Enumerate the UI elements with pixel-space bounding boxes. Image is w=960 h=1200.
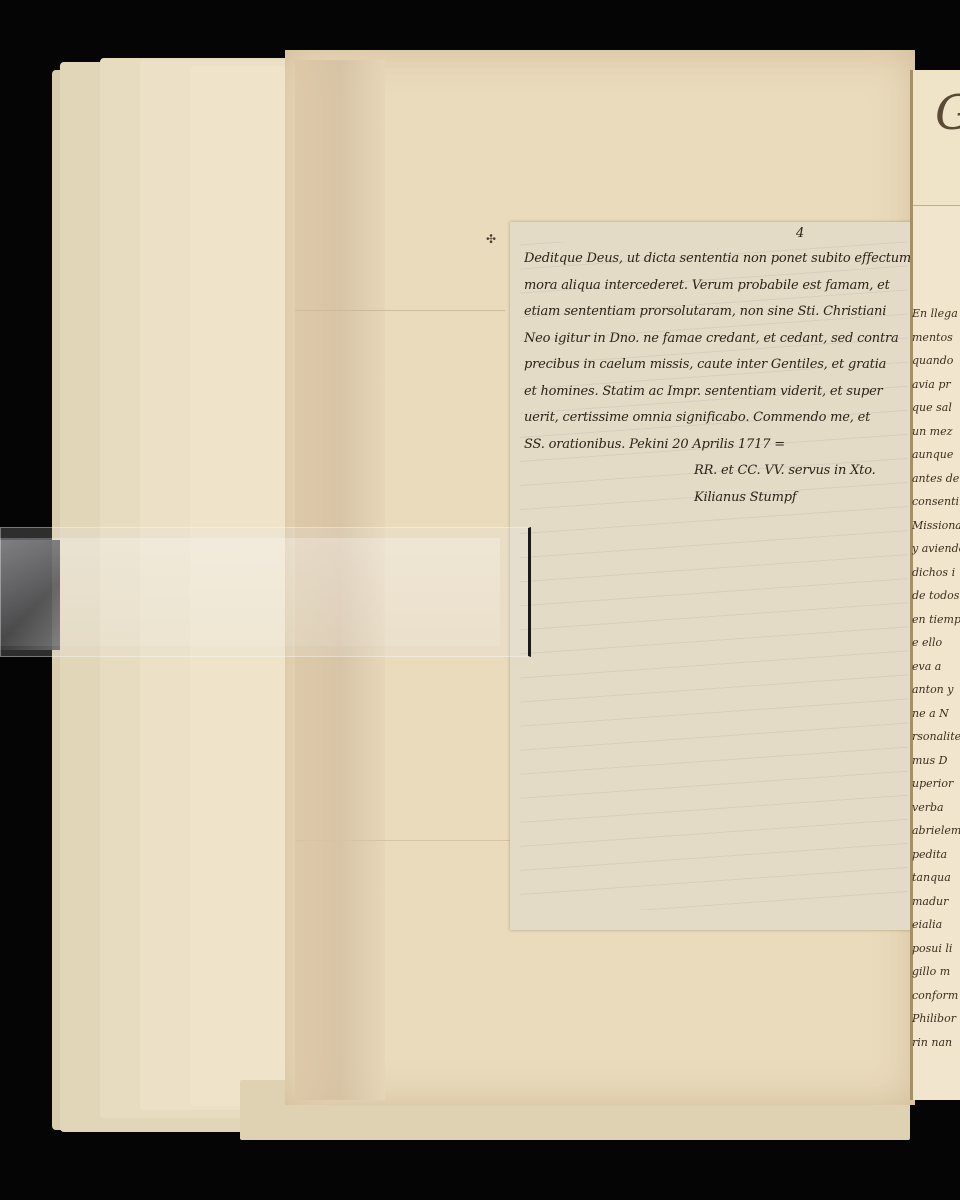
text-fragment: avia pr <box>912 373 960 397</box>
text-fragment: verba <box>912 796 960 820</box>
text-fragment: Philibor <box>912 1007 960 1031</box>
text-fragment: En llega <box>912 302 960 326</box>
text-fragment: uperior <box>912 772 960 796</box>
text-fragment: anton y <box>912 678 960 702</box>
text-fragment: un mez <box>912 420 960 444</box>
decorative-initial: G <box>935 85 960 141</box>
letter-line: et homines. Statim ac Impr. sententiam v… <box>524 379 914 406</box>
letter-line: precibus in caelum missis, caute inter G… <box>524 352 914 379</box>
text-fragment: abrielem <box>912 819 960 843</box>
letter-signature: Kilianus Stumpf <box>524 485 914 512</box>
letter-closing: RR. et CC. VV. servus in Xto. <box>524 458 914 485</box>
text-fragment: ne a N <box>912 702 960 726</box>
letter-line: Neo igitur in Dno. ne famae credant, et … <box>524 326 914 353</box>
text-fragment: gillo m <box>912 960 960 984</box>
folio-number: 4 <box>796 226 804 241</box>
letter-body: Deditque Deus, ut dicta sententia non po… <box>524 246 914 511</box>
margin-mark-icon: ✣ <box>486 232 496 246</box>
text-fragment: mentos <box>912 326 960 350</box>
text-fragment: consentiria <box>912 490 960 514</box>
letter-line: mora aliqua intercederet. Verum probabil… <box>524 273 914 300</box>
text-fragment: eva a <box>912 655 960 679</box>
ruler-highlight <box>0 538 500 646</box>
text-fragment: e ello <box>912 631 960 655</box>
fold-line <box>295 310 505 311</box>
text-fragment: eialia <box>912 913 960 937</box>
letter-line: etiam sententiam prorsolutaram, non sine… <box>524 299 914 326</box>
text-fragment: dichos i <box>912 561 960 585</box>
text-fragment: madur <box>912 890 960 914</box>
text-fragment: pedita <box>912 843 960 867</box>
text-fragment: posui li <box>912 937 960 961</box>
text-fragment: y aviendo <box>912 537 960 561</box>
text-fragment: aunque <box>912 443 960 467</box>
text-fragment: tanqua <box>912 866 960 890</box>
letter-line: uerit, certissime omnia significabo. Com… <box>524 405 914 432</box>
text-fragment: quando <box>912 349 960 373</box>
text-fragment: que sal <box>912 396 960 420</box>
text-fragment: rin nan <box>912 1031 960 1055</box>
text-fragment: antes de <box>912 467 960 491</box>
text-fragment: rsonalite <box>912 725 960 749</box>
letter-date-line: SS. orationibus. Pekini 20 Aprilis 1717 … <box>524 432 914 459</box>
letter-line: Deditque Deus, ut dicta sententia non po… <box>524 246 914 273</box>
adjacent-page-text: En llega mentos quando avia pr que sal u… <box>912 302 960 1054</box>
pasted-letter: 4 ✣ Deditque Deus, ut dicta sententia no… <box>510 222 918 930</box>
text-fragment: de todos <box>912 584 960 608</box>
text-fragment: en tiemp <box>912 608 960 632</box>
text-fragment: mus D <box>912 749 960 773</box>
text-fragment: Missionario <box>912 514 960 538</box>
text-fragment: conform <box>912 984 960 1008</box>
